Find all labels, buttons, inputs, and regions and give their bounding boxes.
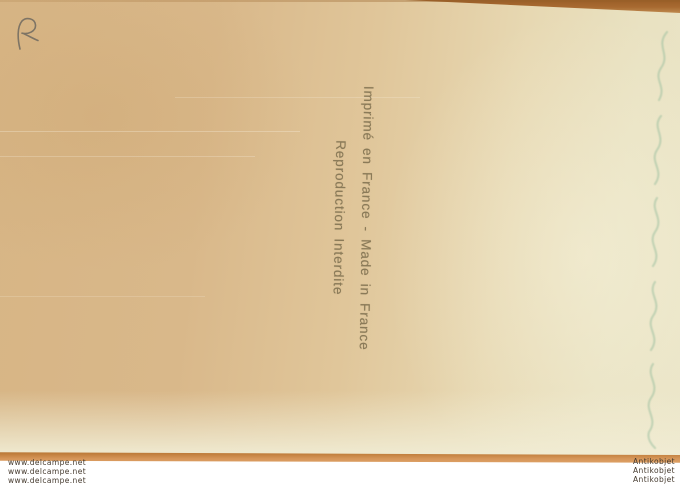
stamp-line-1: Imprimé en France - Made in France [350,68,382,368]
scan-artifact-line [0,296,205,297]
watermark-antikobjet-line: Antikobjet [633,476,675,485]
watermark-delcampe-line: www.delcampe.net [8,477,86,485]
scan-top-hairline [0,0,680,2]
handwriting-ink [640,24,678,461]
scan-artifact-line [175,97,420,98]
pencil-r-glyph [13,17,45,53]
watermark-antikobjet: Antikobjet Antikobjet Antikobjet [633,458,675,485]
scan-viewport: Imprimé en France - Made in France Repro… [0,0,680,485]
scan-artifact-line [0,156,255,157]
watermark-delcampe: www.delcampe.net www.delcampe.net www.de… [8,459,86,485]
print-stamp: Imprimé en France - Made in France Repro… [323,68,382,369]
handwritten-letter-r [13,17,45,58]
scan-artifact-line [0,131,300,132]
